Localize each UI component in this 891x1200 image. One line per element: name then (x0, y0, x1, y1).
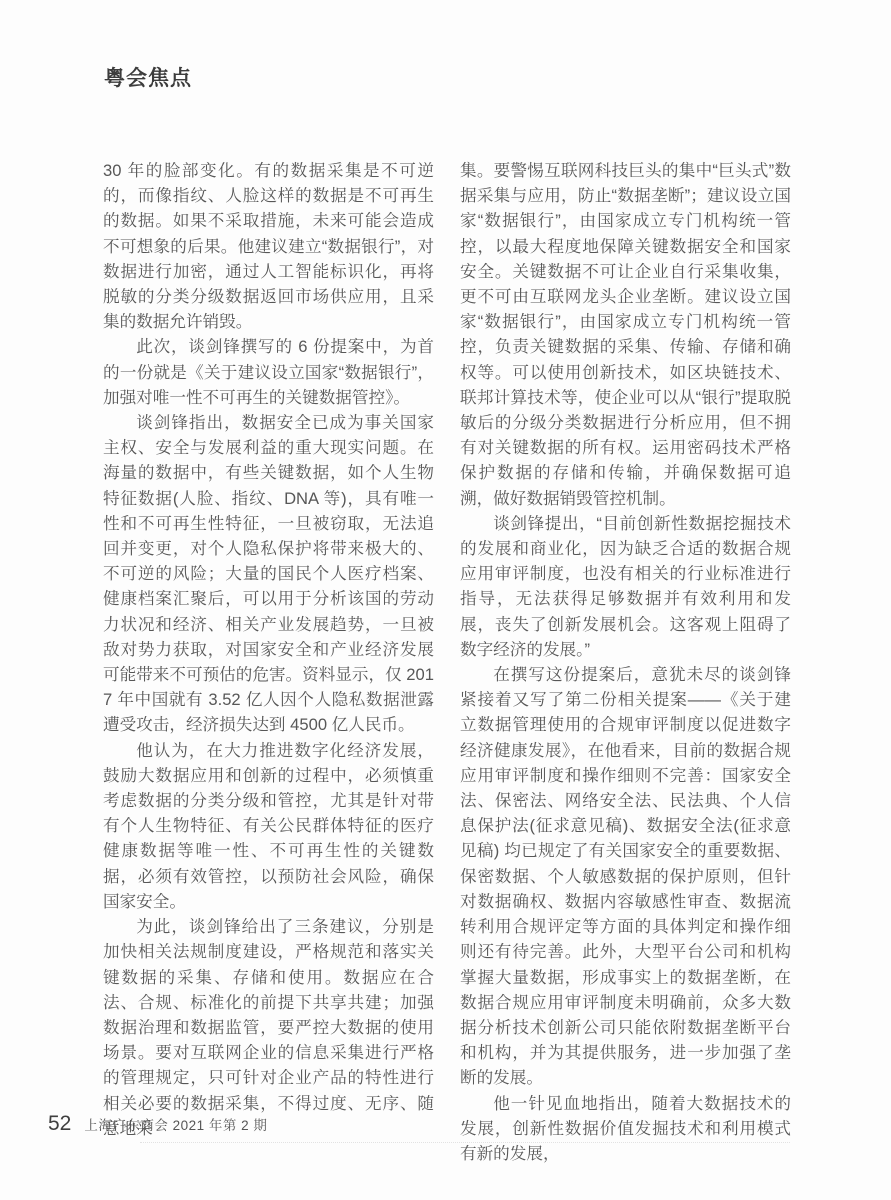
page-footer: 52 上海广东商会 2021 年第 2 期 (48, 1112, 267, 1136)
section-title: 粤会焦点 (104, 62, 192, 92)
paragraph: 他一针见血地指出，随着大数据技术的发展，创新性数据价值发掘技术和利用模式有新的发… (460, 1091, 791, 1167)
page-number: 52 (48, 1112, 71, 1136)
article-column-right: 集。要警惕互联网科技巨头的集中“巨头式”数据采集与应用，防止“数据垄断”；建议设… (460, 158, 791, 1166)
paragraph: 集。要警惕互联网科技巨头的集中“巨头式”数据采集与应用，防止“数据垄断”；建议设… (460, 158, 791, 511)
issue-info: 上海广东商会 2021 年第 2 期 (84, 1114, 267, 1134)
paragraph: 为此，谈剑锋给出了三条建议，分别是加快相关法规制度建设，严格规范和落实关键数据的… (103, 914, 434, 1141)
paragraph: 在撰写这份提案后，意犹未尽的谈剑锋紧接着又写了第二份相关提案——《关于建立数据管… (460, 662, 791, 1090)
paragraph: 他认为，在大力推进数字化经济发展，鼓励大数据应用和创新的过程中，必须慎重考虑数据… (103, 738, 434, 914)
scan-artifact-line (140, 1142, 790, 1143)
article-column-left: 30 年的脸部变化。有的数据采集是不可逆的，而像指纹、人脸这样的数据是不可再生的… (103, 158, 434, 1166)
paragraph: 谈剑锋提出，“目前创新性数据挖掘技术的发展和商业化，因为缺乏合适的数据合规应用审… (460, 511, 791, 662)
paragraph: 谈剑锋指出，数据安全已成为事关国家主权、安全与发展利益的重大现实问题。在海量的数… (103, 410, 434, 738)
paragraph: 30 年的脸部变化。有的数据采集是不可逆的，而像指纹、人脸这样的数据是不可再生的… (103, 158, 434, 334)
article-body: 30 年的脸部变化。有的数据采集是不可逆的，而像指纹、人脸这样的数据是不可再生的… (103, 158, 791, 1166)
paragraph: 此次，谈剑锋撰写的 6 份提案中，为首的一份就是《关于建议设立国家“数据银行”，… (103, 334, 434, 410)
section-header: 粤会焦点 (104, 62, 192, 92)
magazine-page: 粤会焦点 30 年的脸部变化。有的数据采集是不可逆的，而像指纹、人脸这样的数据是… (0, 0, 891, 1200)
